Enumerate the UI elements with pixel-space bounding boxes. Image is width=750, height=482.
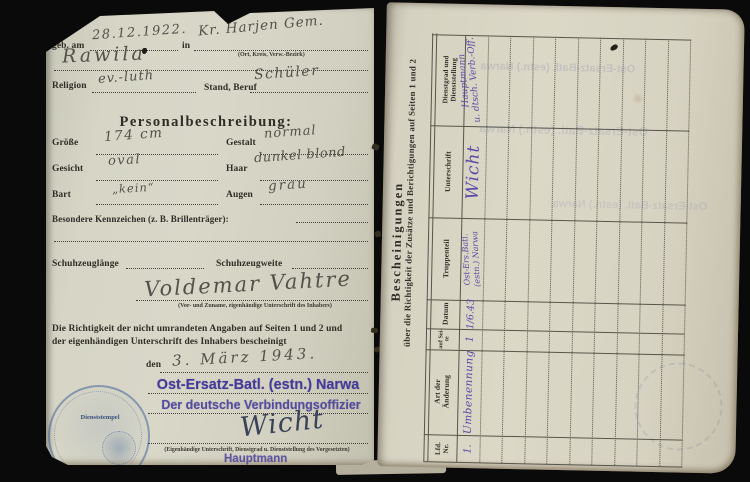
gestalt-handwritten: normal xyxy=(264,123,318,142)
signature-caption: (Vor- und Zuname, eigenhändige Unterschr… xyxy=(142,303,368,309)
column-header-auf-seite: auf Sei- te xyxy=(432,328,456,349)
bleed-through-stamp-text: Ost-Ersatz-Batl. (estn.) Narwa xyxy=(553,198,708,213)
entry-dienstgrad: Hauptmann u. dtsch. Verb.-Off. xyxy=(453,24,485,137)
column-header-art-der-aenderung: Art der Änderung xyxy=(430,368,455,414)
beruf-handwritten: Schüler xyxy=(254,63,320,84)
place-caption: (Ort, Kreis, Verw.-Bezirk) xyxy=(238,52,305,58)
beruf-label: Stand, Beruf xyxy=(204,83,257,93)
dotted-rule xyxy=(148,393,368,394)
schuhweite-label: Schuhzeugweite xyxy=(216,259,282,269)
dotted-rule xyxy=(96,204,218,205)
column-header-lfd-nr: Lfd. Nr. xyxy=(430,439,454,458)
dotted-row-rule xyxy=(546,37,556,464)
column-header-truppenteil: Truppenteil xyxy=(438,217,454,299)
augen-label: Augen xyxy=(226,190,253,200)
entry-lfd-nr: 1. xyxy=(459,434,476,464)
place-line2-handwritten: Rawila xyxy=(62,43,147,68)
dienststempel-label: Dienststempel xyxy=(68,414,132,421)
entry-truppenteil: Ost-Ers.Batl. (estn.) Narwa xyxy=(460,217,484,301)
dotted-rule xyxy=(250,92,368,93)
date-handwritten: 3. März 1943. xyxy=(172,344,318,370)
rank-stamp: Hauptmann xyxy=(224,453,287,465)
dotted-rule xyxy=(296,222,368,223)
binding-stitch xyxy=(371,327,379,333)
dotted-rule xyxy=(136,300,368,301)
entry-seite: 1 xyxy=(463,328,477,350)
haar-label: Haar xyxy=(226,164,248,174)
page-subtitle: über die Richtigkeit der Zusätze und Ber… xyxy=(400,28,419,378)
in-label: in xyxy=(182,41,190,51)
holder-signature: Voldemar Vahtre xyxy=(132,266,365,302)
left-page: geb. am 28.12.1922. in Kr. Harjen Gem. (… xyxy=(46,8,374,465)
den-label: den xyxy=(146,360,161,370)
stamp-emblem xyxy=(102,431,136,465)
column-header-datum: Datum xyxy=(438,299,453,328)
entry-art: Umbenennung xyxy=(459,349,479,435)
kennzeichen-label: Besondere Kennzeichen (z. B. Brillenträg… xyxy=(52,214,229,224)
dotted-row-rule xyxy=(614,38,624,465)
groesse-handwritten: 174 cm xyxy=(104,125,164,145)
augen-handwritten: grau xyxy=(267,176,308,195)
entry-truppenteil-line2: (estn.) Narwa xyxy=(470,231,482,287)
gestalt-label: Gestalt xyxy=(226,138,256,148)
column-header-unterschrift: Unterschrift xyxy=(439,125,455,217)
dotted-rule xyxy=(148,443,368,444)
religion-handwritten: ev.-luth xyxy=(98,68,155,87)
dotted-rule xyxy=(260,204,368,205)
right-page: Bescheinigungen über die Richtigkeit der… xyxy=(377,2,745,473)
bleed-through-stamp-text: Ost-Ersatz-Batl. (estn.) Narwa xyxy=(479,121,648,139)
photo-of-open-booklet: geb. am 28.12.1922. in Kr. Harjen Gem. (… xyxy=(0,0,750,482)
religion-label: Religion xyxy=(52,81,87,91)
dotted-rule xyxy=(92,92,196,93)
round-ink-stamp: Dienststempel xyxy=(48,385,150,465)
dotted-rule xyxy=(54,241,368,242)
dotted-row-rule xyxy=(569,37,579,464)
unit-stamp-line1: Ost-Ersatz-Batl. (estn.) Narwa xyxy=(149,376,368,393)
dotted-row-rule xyxy=(524,36,534,463)
gesicht-handwritten: oval xyxy=(108,152,142,169)
gesicht-label: Gesicht xyxy=(52,164,83,174)
dotted-row-rule xyxy=(501,36,511,463)
bleed-through-round-stamp xyxy=(634,362,724,452)
paper-stain xyxy=(631,93,645,103)
dotted-rule xyxy=(160,372,368,373)
entry-datum: 1/6.43 xyxy=(462,299,479,329)
certify-text-line2: der eigenhändigen Unterschrift des Inhab… xyxy=(52,337,287,347)
birth-date-handwritten: 28.12.1922. xyxy=(92,22,188,44)
dotted-rule xyxy=(194,50,368,51)
ink-blot xyxy=(609,43,618,51)
bleed-through-stamp-text: Ost-Ersatz-Batl. (estn.) Narwa xyxy=(480,60,635,75)
bart-handwritten: „kein“ xyxy=(112,180,155,196)
section-heading: Personalbeschreibung: xyxy=(46,114,366,131)
dotted-rule xyxy=(126,268,204,269)
bart-label: Bart xyxy=(52,190,71,200)
haar-handwritten: dunkel blond xyxy=(254,145,347,166)
dotted-row-rule xyxy=(591,38,601,465)
entry-unterschrift: Wicht xyxy=(459,127,487,218)
birth-place-handwritten: Kr. Harjen Gem. xyxy=(198,13,325,40)
certify-text-line1: Die Richtigkeit der nicht umrandeten Ang… xyxy=(52,324,342,334)
binding-stitch xyxy=(374,230,381,237)
schuhlaenge-label: Schuhzeuglänge xyxy=(52,259,119,269)
dotted-rule xyxy=(96,180,218,181)
groesse-label: Größe xyxy=(52,138,78,148)
